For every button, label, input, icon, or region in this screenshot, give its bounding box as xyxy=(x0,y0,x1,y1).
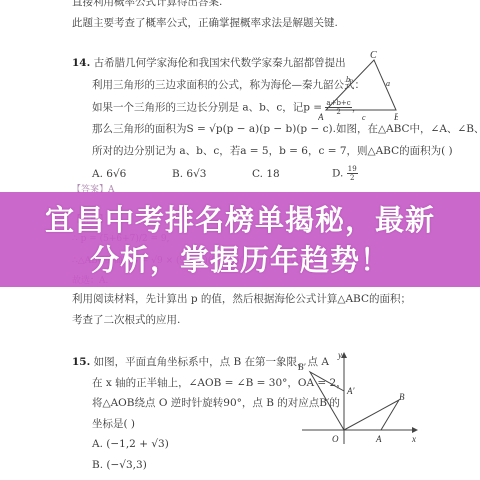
q15-option-b: B. (−√3,3) xyxy=(92,458,147,472)
svg-text:B: B xyxy=(399,392,405,402)
coordinate-rotation-figure: y B′ A′ B O A x xyxy=(296,350,420,445)
q14-line1: 14. 古希腊几何学家海伦和我国宋代数学家秦九韶都曾提出 xyxy=(72,56,346,70)
q15-line1: 15. 如图，平面直角坐标系中，点 B 在第一象限，点 A xyxy=(72,355,329,369)
svg-text:B′: B′ xyxy=(298,362,306,372)
q14-number: 14. xyxy=(72,57,90,69)
q14-option-d: D. 192 xyxy=(332,165,358,182)
svg-text:c: c xyxy=(362,113,366,122)
prev-solution-line1: 直接利用概率公式计算得出答案. xyxy=(72,0,222,9)
svg-text:y: y xyxy=(337,350,342,360)
banner-line1: 宜昌中考排名榜单揭秘，最新 xyxy=(45,200,435,240)
q15-line4: 坐标是( ) xyxy=(92,417,135,431)
svg-text:A′: A′ xyxy=(346,386,355,396)
q14-option-a: A. 6√6 xyxy=(92,167,126,181)
triangle-abc-figure: C A B b a c xyxy=(318,48,398,123)
svg-text:x: x xyxy=(411,434,416,444)
banner-title: 宜昌中考排名榜单揭秘，最新 分析，掌握历年趋势！ xyxy=(0,192,480,287)
svg-text:b: b xyxy=(346,75,350,84)
svg-text:a: a xyxy=(386,79,390,88)
q14-option-b: B. 6√3 xyxy=(172,167,206,181)
q15-number: 15. xyxy=(72,356,90,368)
svg-text:O: O xyxy=(332,434,339,444)
q14-line5: 所对的边分别记为 a、b、c，若a = 5，b = 6，c = 7，则△ABC的… xyxy=(92,144,453,158)
headline-banner[interactable]: 宜昌中考排名榜单揭秘，最新 分析，掌握历年趋势！ xyxy=(0,192,480,287)
prev-solution-line2: 此题主要考查了概率公式，正确掌握概率求法是解题关键. xyxy=(72,16,338,30)
svg-text:B: B xyxy=(394,112,398,122)
svg-text:A: A xyxy=(318,112,324,122)
q14-line4: 那么三角形的面积为S = √p(p − a)(p − b)(p − c).如图，… xyxy=(92,122,480,136)
banner-line2: 分析，掌握历年趋势！ xyxy=(90,240,390,280)
svg-text:A: A xyxy=(375,434,382,444)
q14-option-c: C. 18 xyxy=(252,167,280,181)
q14-note1: 利用阅读材料，先计算出 p 的值，然后根据海伦公式计算△ABC的面积； xyxy=(72,292,411,306)
q15-option-a: A. (−1,2 + √3) xyxy=(92,437,169,451)
q14-note2: 考查了二次根式的应用. xyxy=(72,313,180,327)
svg-text:C: C xyxy=(370,50,377,61)
